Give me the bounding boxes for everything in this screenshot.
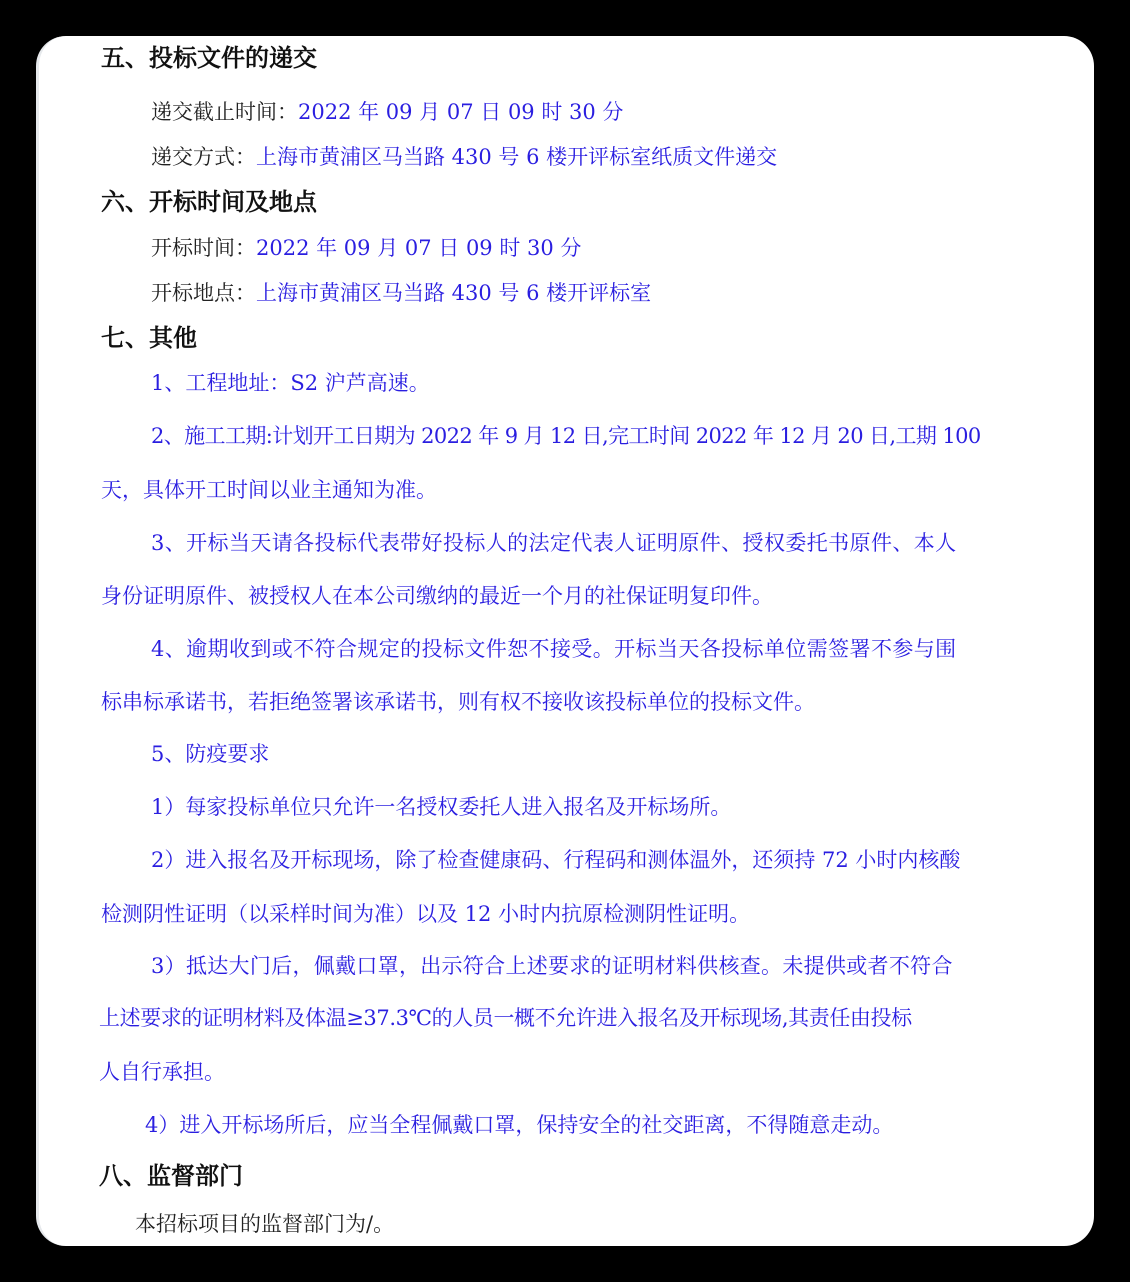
epidemic-item-2: 2）进入报名及开标现场，除了检查健康码、行程码和测体温外，还须持 72 小时内核… [151,848,960,872]
opening-time-row: 开标时间：2022 年 09 月 07 日 09 时 30 分 [151,236,581,260]
epidemic-requirements-heading: 5、防疫要求 [151,742,269,766]
opening-place-value: 上海市黄浦区马当路 430 号 6 楼开评标室 [256,281,651,305]
other-item-1: 1、工程地址：S2 沪芦高速。 [151,371,430,395]
epidemic-item-3: 3）抵达大门后，佩戴口罩，出示符合上述要求的证明材料供核查。未提供或者不符合 [151,954,953,978]
other-item-4-cont: 标串标承诺书，若拒绝签署该承诺书，则有权不接收该投标单位的投标文件。 [101,690,815,714]
submission-method-row: 递交方式：上海市黄浦区马当路 430 号 6 楼开评标室纸质文件递交 [151,145,777,169]
other-item-2: 2、施工工期:计划开工日期为 2022 年 9 月 12 日,完工时间 2022… [151,424,981,448]
section-7-heading: 七、其他 [101,326,197,350]
epidemic-item-2-cont: 检测阴性证明（以采样时间为准）以及 12 小时内抗原检测阴性证明。 [101,902,750,926]
epidemic-item-4: 4）进入开标场所后，应当全程佩戴口罩，保持安全的社交距离，不得随意走动。 [145,1113,893,1137]
other-item-3: 3、开标当天请各投标代表带好投标人的法定代表人证明原件、授权委托书原件、本人 [151,531,957,555]
deadline-value: 2022 年 09 月 07 日 09 时 30 分 [298,100,623,124]
epidemic-item-1: 1）每家投标单位只允许一名授权委托人进入报名及开标场所。 [151,795,731,819]
opening-place-label: 开标地点： [151,281,256,305]
epidemic-item-3-cont2: 人自行承担。 [99,1060,225,1084]
method-value: 上海市黄浦区马当路 430 号 6 楼开评标室纸质文件递交 [256,145,777,169]
supervision-text: 本招标项目的监督部门为/。 [135,1212,394,1236]
epidemic-item-3-cont: 上述要求的证明材料及体温≥37.3℃的人员一概不允许进入报名及开标现场,其责任由… [99,1006,912,1030]
deadline-row: 递交截止时间：2022 年 09 月 07 日 09 时 30 分 [151,100,623,124]
other-item-3-cont: 身份证明原件、被授权人在本公司缴纳的最近一个月的社保证明复印件。 [101,584,773,608]
opening-place-row: 开标地点：上海市黄浦区马当路 430 号 6 楼开评标室 [151,281,651,305]
opening-time-label: 开标时间： [151,236,256,260]
method-label: 递交方式： [151,145,256,169]
section-6-heading: 六、开标时间及地点 [101,190,317,214]
document-page: 五、投标文件的递交 递交截止时间：2022 年 09 月 07 日 09 时 3… [36,36,1094,1246]
other-item-4: 4、逾期收到或不符合规定的投标文件恕不接受。开标当天各投标单位需签署不参与围 [151,637,957,661]
section-5-heading: 五、投标文件的递交 [101,46,317,70]
section-8-heading: 八、监督部门 [99,1164,243,1188]
deadline-label: 递交截止时间： [151,100,298,124]
other-item-2-cont: 天，具体开工时间以业主通知为准。 [101,478,437,502]
opening-time-value: 2022 年 09 月 07 日 09 时 30 分 [256,236,581,260]
